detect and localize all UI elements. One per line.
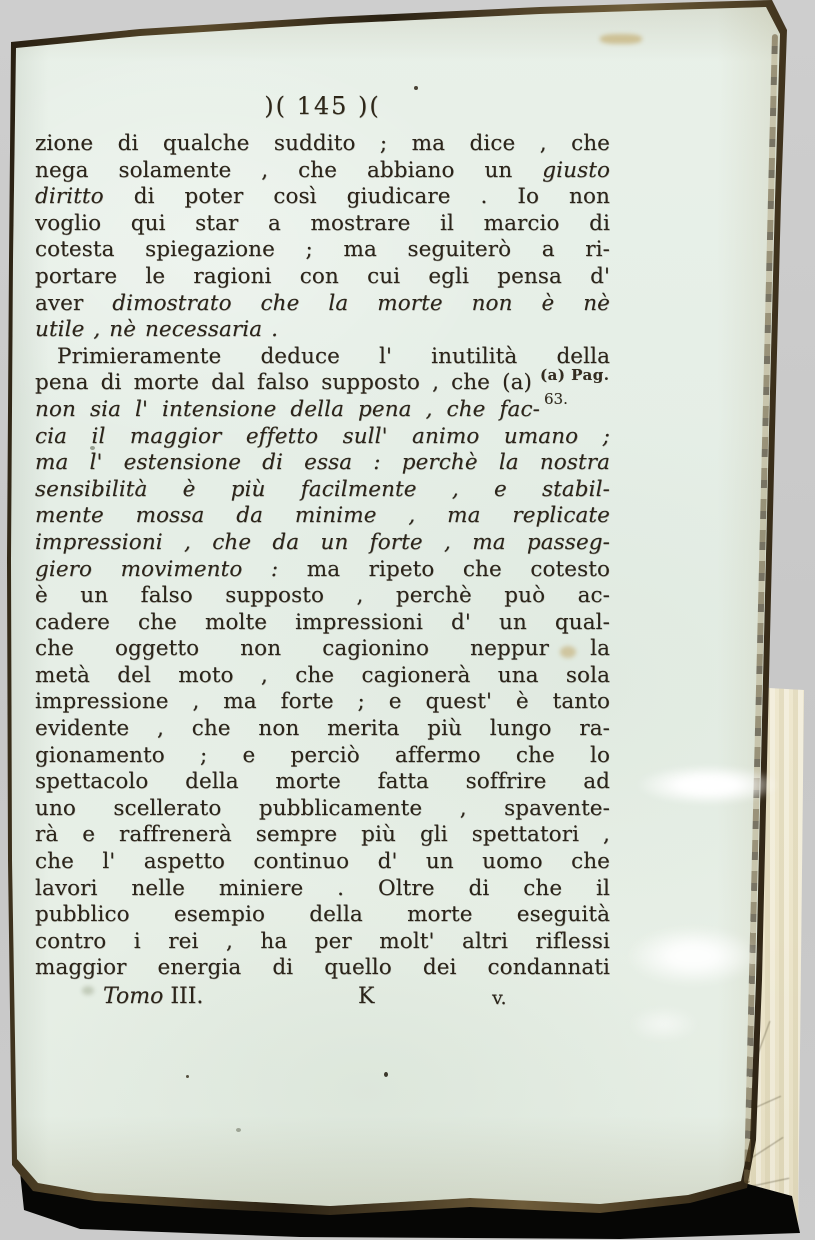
page-text-line: cadere che molte impressioni d' un qual- [35,610,610,637]
margin-note-page: 63. [544,390,568,408]
page-text-line: mente mossa da minime , ma replicate [35,503,610,530]
page-number-header: )( 145 )( [35,92,610,120]
scanned-book-page: )( 145 )( zione di qualche suddito ; ma … [0,0,815,1240]
page-text-line: che l' aspetto continuo d' un uomo che [35,849,610,876]
page-text-line: rà e raffrenerà sempre più gli spettator… [35,822,610,849]
page-text-line: evidente , che non merita più lungo ra- [35,716,610,743]
page-text-line: è un falso supposto , perchè può ac- [35,583,610,610]
margin-note-ref: (a) Pag. [540,366,609,384]
printed-content: )( 145 )( zione di qualche suddito ; ma … [0,0,815,1240]
page-text-line: spettacolo della morte fatta soffrire ad [35,769,610,796]
page-text-line: metà del moto , che cagionerà una sola [35,663,610,690]
page-text-line: pubblico esempio della morte eseguità [35,902,610,929]
scan-flare [612,758,804,812]
page-text-line: utile , nè necessaria . [35,317,610,344]
page-text-line: diritto di poter così giudicare . Io non [35,184,610,211]
page-text-line: non sia l' intensione della pena , che f… [35,397,610,424]
page-text-line: gionamento ; e perciò affermo che lo [35,743,610,770]
text-column: zione di qualche suddito ; ma dice , che… [35,131,610,982]
page-text-line: lavori nelle miniere . Oltre di che il [35,876,610,903]
page-text-line: maggior energia di quello dei condannati [35,955,610,982]
page-text-line: zione di qualche suddito ; ma dice , che [35,131,610,158]
volume-label: Tomo III. [103,984,203,1009]
page-text-line: cia il maggior effetto sull' animo umano… [35,424,610,451]
page-text-line: uno scellerato pubblicamente , spavente- [35,796,610,823]
page-text-line: sensibilità è più facilmente , e stabil- [35,477,610,504]
page-text-line: nega solamente , che abbiano un giusto [35,158,610,185]
page-text-line: contro i rei , ha per molt' altri rifles… [35,929,610,956]
page-text-line: giero movimento : ma ripeto che cotesto [35,557,610,584]
gathering-signature: K [358,984,374,1009]
page-text-line: impressioni , che da un forte , ma passe… [35,530,610,557]
scan-flare [604,916,782,996]
page-text-line: pena di morte dal falso supposto , che (… [35,370,610,397]
page-text-line: voglio qui star a mostrare il marcio di [35,211,610,238]
page-text-line: cotesta spiegazione ; ma seguiterò a ri- [35,237,610,264]
page-text-line: aver dimostrato che la morte non è nè [35,291,610,318]
page-text-line: ma l' estensione di essa : perchè la nos… [35,450,610,477]
page-text-line: impressione , ma forte ; e quest' è tant… [35,689,610,716]
catchword: v. [492,987,507,1009]
scan-flare [616,1000,711,1048]
page-text-line: Primieramente deduce l' inutilità della [35,344,610,371]
page-text-line: che oggetto non cagionino neppur la [35,636,610,663]
page-text-line: portare le ragioni con cui egli pensa d' [35,264,610,291]
